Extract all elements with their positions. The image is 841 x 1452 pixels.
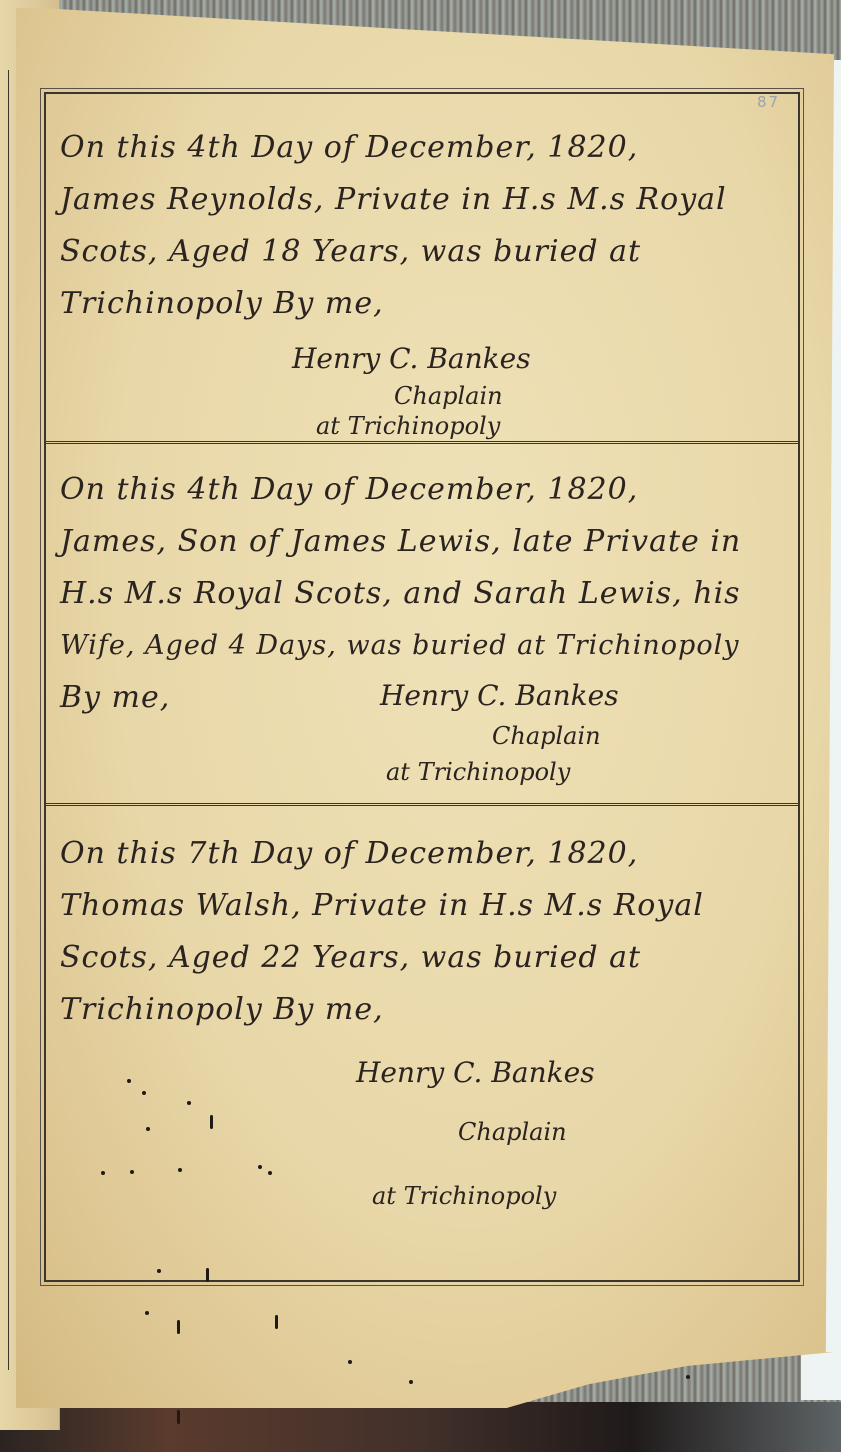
signature-name: Henry C. Bankes: [292, 342, 531, 375]
previous-page-rule-line: [8, 70, 9, 1370]
ink-speck: [210, 1115, 213, 1129]
ink-speck: [178, 1168, 182, 1172]
register-frame: On this 4th Day of December, 1820, James…: [44, 92, 800, 1282]
ink-speck: [130, 1170, 134, 1174]
entry-line: H.s M.s Royal Scots, and Sarah Lewis, hi…: [60, 568, 784, 620]
signature-title: Chaplain: [492, 722, 601, 750]
ink-speck: [177, 1410, 180, 1424]
ink-speck: [157, 1269, 161, 1273]
ink-speck: [348, 1360, 352, 1364]
entry-line: On this 4th Day of December, 1820,: [60, 464, 784, 516]
ink-speck: [258, 1165, 262, 1169]
signature-place: at Trichinopoly: [316, 412, 500, 440]
entry-line: On this 7th Day of December, 1820,: [60, 828, 784, 880]
ink-speck: [142, 1091, 146, 1095]
entry-line: Scots, Aged 18 Years, was buried at: [60, 226, 784, 278]
signature-name: Henry C. Bankes: [356, 1056, 595, 1089]
ink-speck: [275, 1315, 278, 1329]
ink-speck: [177, 1320, 180, 1334]
burial-entry: On this 7th Day of December, 1820, Thoma…: [46, 806, 798, 1280]
burial-entry: On this 4th Day of December, 1820, James…: [46, 94, 798, 444]
ink-speck: [146, 1127, 150, 1131]
entry-line: James Reynolds, Private in H.s M.s Royal: [60, 174, 784, 226]
ink-speck: [206, 1268, 209, 1282]
ink-speck: [409, 1380, 413, 1384]
ink-speck: [101, 1171, 105, 1175]
ink-speck: [187, 1101, 191, 1105]
ink-speck: [127, 1079, 131, 1083]
entry-line: Trichinopoly By me,: [60, 278, 784, 330]
table-edge-shadow: [0, 1402, 841, 1452]
entry-line: Trichinopoly By me,: [60, 984, 784, 1036]
burial-entry: On this 4th Day of December, 1820, James…: [46, 444, 798, 806]
entry-body: On this 4th Day of December, 1820, James…: [60, 122, 784, 330]
signature-place: at Trichinopoly: [372, 1182, 556, 1210]
entry-body: On this 7th Day of December, 1820, Thoma…: [60, 828, 784, 1036]
entry-line: On this 4th Day of December, 1820,: [60, 122, 784, 174]
entry-line: James, Son of James Lewis, late Private …: [60, 516, 784, 568]
signature-title: Chaplain: [394, 382, 503, 410]
entry-line: Scots, Aged 22 Years, was buried at: [60, 932, 784, 984]
ink-speck: [686, 1375, 690, 1379]
entry-line: Wife, Aged 4 Days, was buried at Trichin…: [60, 620, 784, 672]
signature-name: Henry C. Bankes: [380, 679, 619, 712]
ink-speck: [145, 1311, 149, 1315]
entry-line: Thomas Walsh, Private in H.s M.s Royal: [60, 880, 784, 932]
signature-title: Chaplain: [458, 1118, 567, 1146]
ink-speck: [268, 1171, 272, 1175]
signature-place: at Trichinopoly: [386, 758, 570, 786]
